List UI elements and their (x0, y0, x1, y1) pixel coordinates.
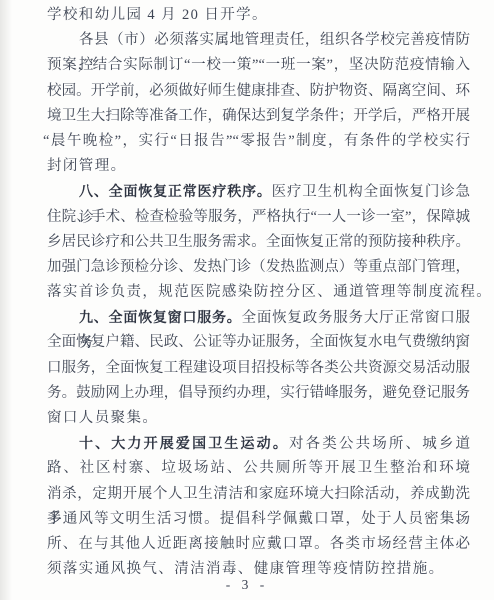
section-heading-9: 九、全面恢复窗口服务。 (79, 309, 242, 325)
line-text: 须落实通风换气、清洁消毒、健康管理等疫情防控措施。 (47, 561, 445, 577)
section-heading-8: 八、全面恢复正常医疗秩序。 (79, 183, 272, 199)
text-line: 学校和幼儿园 4 月 20 日开学。 (47, 3, 470, 28)
text-line: 务。鼓励网上办理，倡导预约办理，实行错峰服务，避免登记服务 (47, 381, 470, 406)
page-number: - 3 - (0, 577, 494, 593)
text-line: 加强门急诊预检分诊、发热门诊（发热监测点）等重点部门管理， (47, 255, 470, 280)
text-line: 封闭管理。 (47, 154, 470, 179)
text-line: 全面恢复户籍、民政、公证等办证服务，全面恢复水电气费缴纳窗 (47, 330, 470, 355)
text-line: 乡居民诊疗和公共卫生服务需求。全面恢复正常的预防接种秩序。 (47, 230, 470, 255)
line-text: 窗口人员聚集。 (47, 410, 158, 426)
text-line: 口服务，全面恢复工程建设项目招投标等各类公共资源交易活动服 (47, 356, 470, 381)
text-line: 多通风等文明生活习惯。提倡科学佩戴口罩，处于人员密集场 (47, 507, 470, 532)
text-line: 八、全面恢复正常医疗秩序。医疗卫生机构全面恢复门诊急诊、 (47, 179, 470, 204)
line-text: 对各类公共场所、城乡道 (289, 436, 470, 452)
line-text: 境卫生大扫除等准备工作，确保达到复学条件；开学后，严格开展 (47, 108, 470, 124)
text-line: “晨午晚检”，实行“日报告”“零报告”制度，有条件的学校实行 (43, 129, 470, 154)
text-line: 预案，结合实际制订“一校一策”“一班一案”，坚决防范疫情输入 (47, 53, 470, 78)
line-text: 所、在与其他人近距离接触时应戴口罩。各类市场经营主体必 (47, 536, 470, 552)
line-text: 口服务，全面恢复工程建设项目招投标等各类公共资源交易活动服 (47, 360, 470, 376)
text-line: 住院、手术、检查检验等服务，严格执行“一人一诊一室”，保障城 (47, 205, 470, 230)
line-text: 全面恢复户籍、民政、公证等办证服务，全面恢复水电气费缴纳窗 (47, 334, 470, 350)
line-text: 务。鼓励网上办理，倡导预约办理，实行错峰服务，避免登记服务 (47, 385, 470, 401)
text-line: 九、全面恢复窗口服务。全面恢复政务服务大厅正常窗口服务， (47, 305, 470, 330)
line-text: 乡居民诊疗和公共卫生服务需求。全面恢复正常的预防接种秩序。 (47, 234, 470, 250)
text-line: 境卫生大扫除等准备工作，确保达到复学条件；开学后，严格开展 (47, 104, 470, 129)
text-line: 消杀，定期开展个人卫生清洁和家庭环境大扫除活动，养成勤洗手、 (47, 482, 470, 507)
line-text: 路、社区村寨、垃圾场站、公共厕所等开展卫生整治和环境 (47, 460, 470, 476)
text-line: 校园。开学前，必须做好师生健康排查、防护物资、隔离空间、环 (47, 79, 470, 104)
line-text: 落实首诊负责，规范医院感染防控分区、通道管理等制度流程。 (47, 284, 492, 300)
line-text: 多通风等文明生活习惯。提倡科学佩戴口罩，处于人员密集场 (47, 511, 470, 527)
text-line: 十、大力开展爱国卫生运动。对各类公共场所、城乡道 (47, 431, 470, 456)
line-text: “晨午晚检”，实行“日报告”“零报告”制度，有条件的学校实行 (43, 133, 470, 149)
line-text: 加强门急诊预检分诊、发热门诊（发热监测点）等重点部门管理， (47, 259, 470, 275)
text-line: 所、在与其他人近距离接触时应戴口罩。各类市场经营主体必 (47, 532, 470, 557)
line-text: 封闭管理。 (47, 158, 127, 174)
text-line: 窗口人员聚集。 (47, 406, 470, 431)
line-text: 学校和幼儿园 4 月 20 日开学。 (47, 7, 268, 23)
document-text-block: 学校和幼儿园 4 月 20 日开学。 各县（市）必须落实属地管理责任，组织各学校… (47, 3, 470, 582)
text-line: 各县（市）必须落实属地管理责任，组织各学校完善疫情防控 (47, 28, 470, 53)
line-text: 预案，结合实际制订“一校一策”“一班一案”，坚决防范疫情输入 (47, 57, 470, 73)
text-line: 路、社区村寨、垃圾场站、公共厕所等开展卫生整治和环境 (47, 456, 470, 481)
line-text: 住院、手术、检查检验等服务，严格执行“一人一诊一室”，保障城 (47, 209, 470, 225)
text-line: 落实首诊负责，规范医院感染防控分区、通道管理等制度流程。 (47, 280, 470, 305)
section-heading-10: 十、大力开展爱国卫生运动。 (79, 435, 289, 451)
document-page: 学校和幼儿园 4 月 20 日开学。 各县（市）必须落实属地管理责任，组织各学校… (0, 0, 494, 600)
line-text: 校园。开学前，必须做好师生健康排查、防护物资、隔离空间、环 (47, 83, 470, 99)
